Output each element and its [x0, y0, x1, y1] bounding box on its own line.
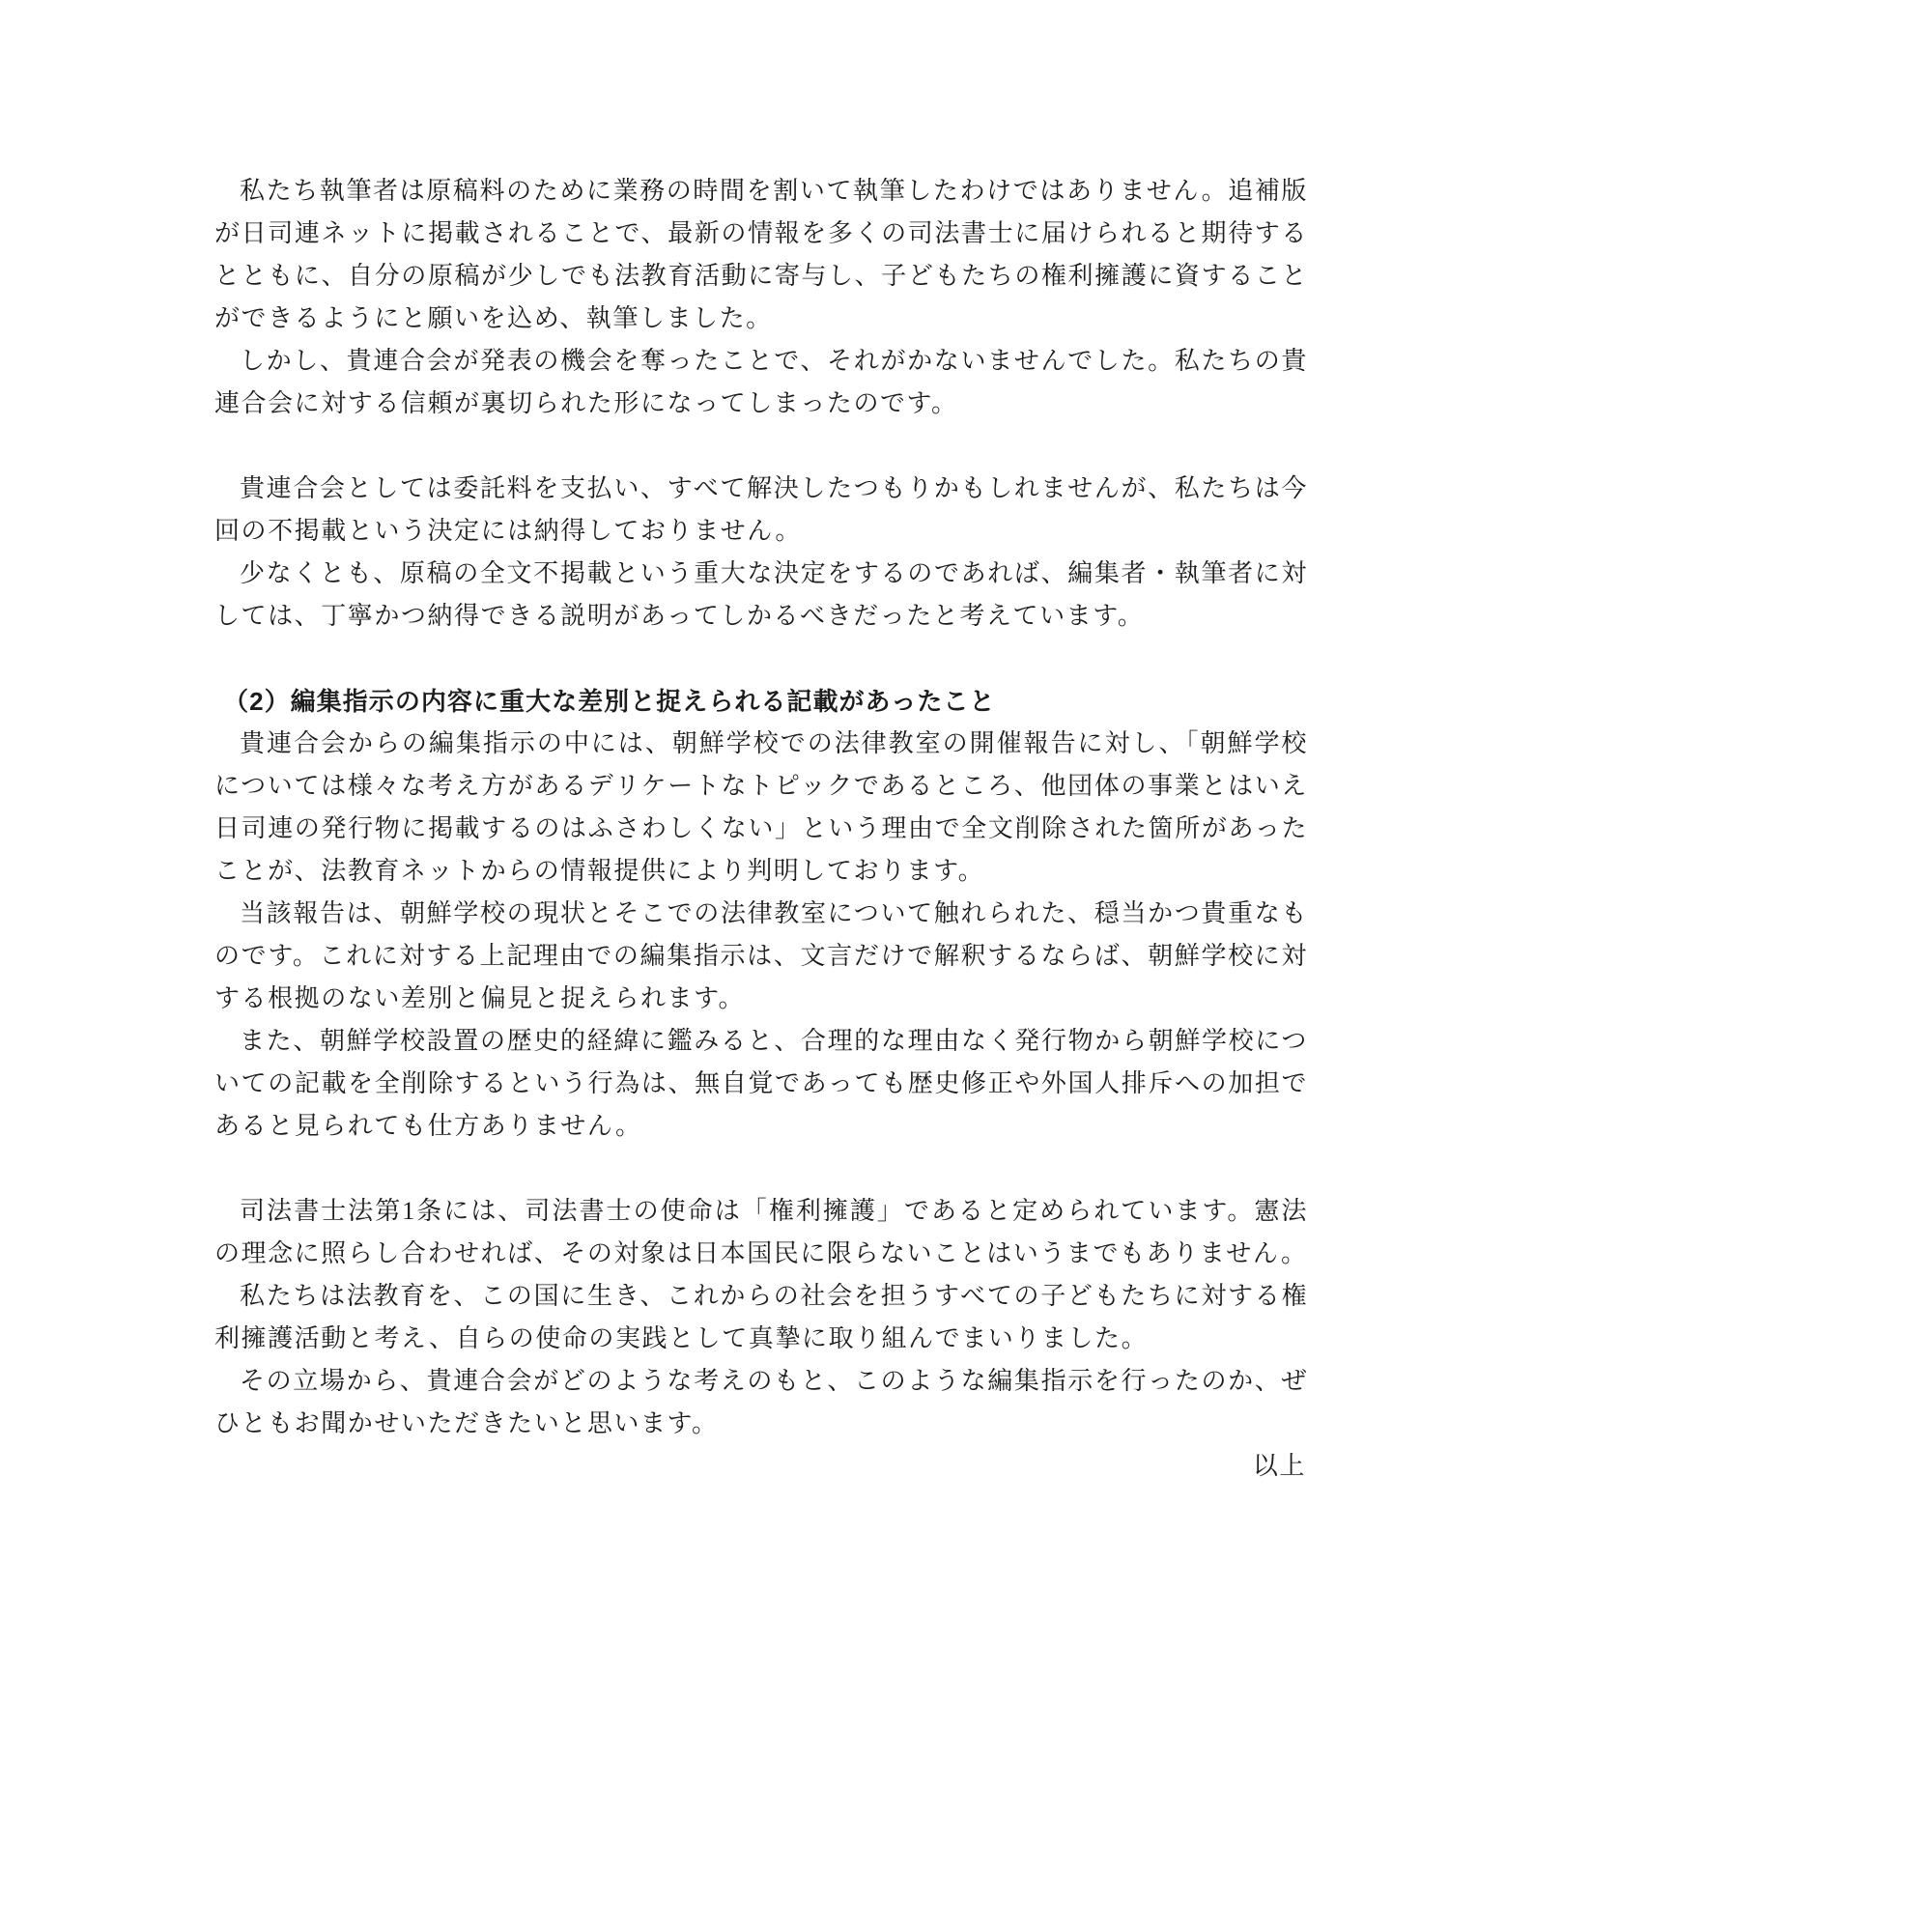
paragraph-explanation-needed: 少なくとも、原稿の全文不掲載という重大な決定をするのであれば、編集者・執筆者に対… [214, 553, 1308, 638]
closing-text: 以上 [214, 1445, 1308, 1488]
paragraph-authors-intent: 私たち執筆者は原稿料のために業務の時間を割いて執筆したわけではありません。追補版… [214, 170, 1308, 340]
paragraph-request-answer: その立場から、貴連合会がどのような考えのもと、このような編集指示を行ったのか、ぜ… [214, 1360, 1308, 1445]
paragraph-report-valuable: 当該報告は、朝鮮学校の現状とそこでの法律教室について触れられた、穏当かつ貴重なも… [214, 893, 1308, 1020]
paragraph-legal-education-mission: 私たちは法教育を、この国に生き、これからの社会を担うすべての子どもたちに対する権… [214, 1275, 1308, 1360]
paragraph-not-convinced: 貴連合会としては委託料を支払い、すべて解決したつもりかもしれませんが、私たちは今… [214, 468, 1308, 553]
paragraph-historical-context: また、朝鮮学校設置の歴史的経緯に鑑みると、合理的な理由なく発行物から朝鮮学校につ… [214, 1020, 1308, 1148]
paragraph-shihoshoshi-law: 司法書士法第1条には、司法書士の使命は「権利擁護」であると定められています。憲法… [214, 1190, 1308, 1275]
document-page: 私たち執筆者は原稿料のために業務の時間を割いて執筆したわけではありません。追補版… [0, 0, 1932, 1932]
document-body: 私たち執筆者は原稿料のために業務の時間を割いて執筆したわけではありません。追補版… [214, 170, 1308, 1488]
section-heading-2: （2）編集指示の内容に重大な差別と捉えられる記載があったこと [214, 680, 1308, 723]
paragraph-trust-betrayed: しかし、貴連合会が発表の機会を奪ったことで、それがかないませんでした。私たちの貴… [214, 340, 1308, 425]
paragraph-editing-instruction: 貴連合会からの編集指示の中には、朝鮮学校での法律教室の開催報告に対し、「朝鮮学校… [214, 723, 1308, 893]
